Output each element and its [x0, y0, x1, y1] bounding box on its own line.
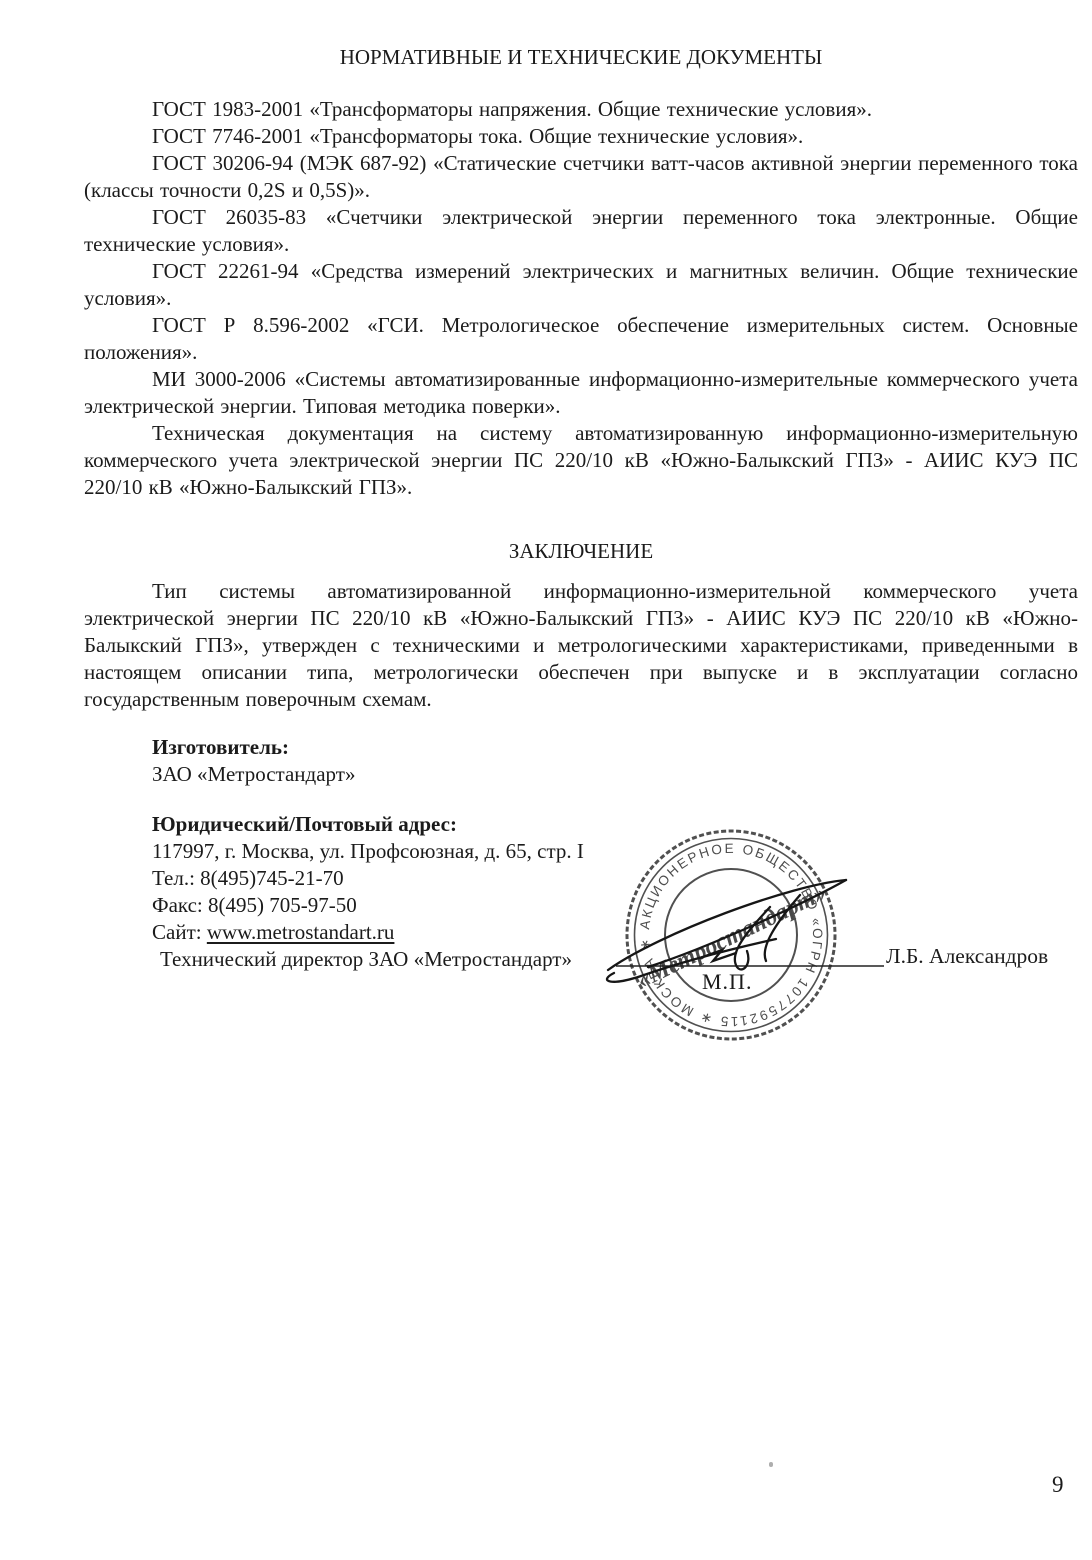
site-url-link: www.metrostandart.ru [207, 920, 395, 944]
standard-paragraph: ГОСТ 26035-83 «Счетчики электрической эн… [84, 204, 1078, 258]
standard-paragraph: МИ 3000-2006 «Системы автоматизированные… [84, 366, 1078, 420]
standards-section: ГОСТ 1983-2001 «Трансформаторы напряжени… [84, 96, 1078, 501]
conclusion-section: Тип системы автоматизированной информаци… [84, 578, 1078, 713]
standard-paragraph: ГОСТ Р 8.596-2002 «ГСИ. Метрологическое … [84, 312, 1078, 366]
scan-artifact-speck [769, 1462, 773, 1467]
standard-paragraph: ГОСТ 1983-2001 «Трансформаторы напряжени… [84, 96, 1078, 123]
manufacturer-name: ЗАО «Метростандарт» [152, 761, 1092, 788]
page-number: 9 [1052, 1471, 1064, 1498]
standard-paragraph: Техническая документация на систему авто… [84, 420, 1078, 501]
conclusion-paragraph: Тип системы автоматизированной информаци… [84, 578, 1078, 713]
manufacturer-block: Изготовитель: ЗАО «Метростандарт» [84, 734, 1092, 788]
site-label: Сайт: [152, 920, 207, 944]
seal-place-label: М.П. [702, 968, 752, 995]
manufacturer-label: Изготовитель: [152, 734, 1092, 761]
standard-paragraph: ГОСТ 22261-94 «Средства измерений электр… [84, 258, 1078, 312]
standard-paragraph: ГОСТ 30206-94 (МЭК 687-92) «Статические … [84, 150, 1078, 204]
page-title: НОРМАТИВНЫЕ И ТЕХНИЧЕСКИЕ ДОКУМЕНТЫ [84, 44, 1078, 71]
signatory-name: Л.Б. Александров [886, 943, 1048, 970]
document-page: НОРМАТИВНЫЕ И ТЕХНИЧЕСКИЕ ДОКУМЕНТЫ ГОСТ… [0, 0, 1092, 1560]
signatory-role: Технический директор ЗАО «Метростандарт» [160, 946, 572, 973]
conclusion-heading: ЗАКЛЮЧЕНИЕ [84, 538, 1078, 565]
standard-paragraph: ГОСТ 7746-2001 «Трансформаторы тока. Общ… [84, 123, 1078, 150]
